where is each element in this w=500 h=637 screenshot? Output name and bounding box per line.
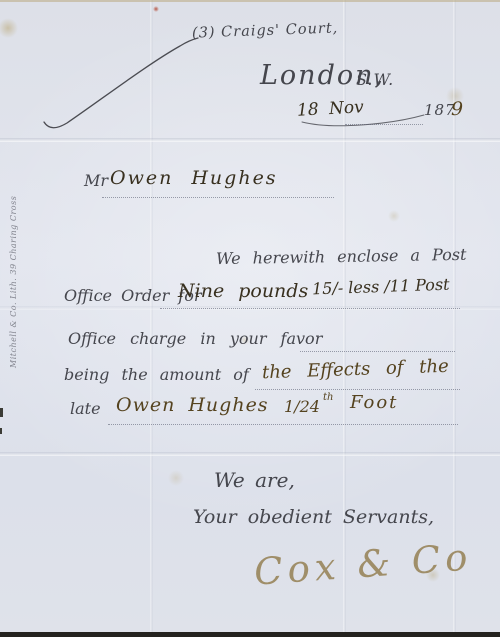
addressee-prefix: Mr — [84, 173, 108, 189]
date-fill-line — [345, 124, 423, 125]
body-line5-regiment: 1/24 — [284, 399, 320, 415]
letter-scan: Mitchell & Co. Lith. 39 Charing Cross (3… — [0, 0, 500, 637]
body-line5-corps: Foot — [350, 394, 398, 412]
body-line1: We herewith enclose a Post — [216, 247, 467, 267]
date-day-month: 18 Nov — [297, 99, 365, 119]
body-line2-amount: Nine pounds — [178, 282, 308, 301]
letterhead-district: S.W. — [356, 72, 394, 88]
fold-crease-horizontal — [0, 452, 500, 456]
closing-line1: We are, — [214, 470, 295, 490]
body-line5-name: Owen Hughes — [116, 396, 269, 415]
body-line4-printed: being the amount of — [64, 367, 249, 383]
lithographer-imprint: Mitchell & Co. Lith. 39 Charing Cross — [9, 196, 18, 368]
body-line5-printed: late — [70, 401, 101, 417]
body-line4-written: the Effects of the — [262, 358, 449, 383]
year-written: 9 — [451, 100, 463, 119]
body-line4-fill-line — [255, 389, 460, 390]
closing-line2: Your obedient Servants, — [193, 508, 434, 527]
body-line5-fill-line — [108, 424, 458, 425]
scan-bottom-edge — [0, 632, 500, 637]
body-line2-deduction: 15/- less /11 Post — [312, 277, 450, 298]
body-line3: Office charge in your favor — [68, 331, 322, 347]
signature: Cox & Co — [253, 535, 474, 593]
body-line2-fill-line — [160, 308, 460, 309]
edge-ink-mark — [0, 428, 2, 434]
body-line3-fill-line — [300, 351, 455, 352]
edge-ink-mark — [0, 408, 3, 417]
addressee-fill-line — [102, 197, 334, 198]
body-line5-regiment-ordinal: th — [323, 393, 333, 403]
addressee-name: Owen Hughes — [110, 169, 278, 188]
